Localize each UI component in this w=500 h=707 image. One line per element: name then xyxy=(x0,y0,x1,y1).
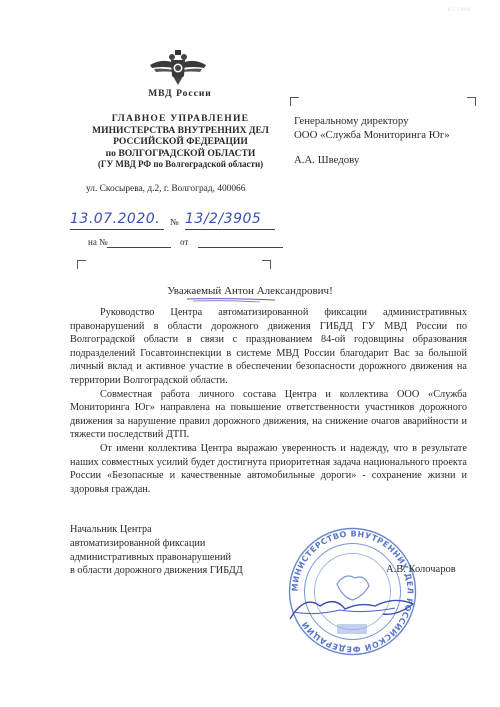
body-paragraph: Руководство Центра автоматизированной фи… xyxy=(70,306,467,388)
stamp-text: МИНИСТЕРСТВО ВНУТРЕННИХ ДЕЛ РОССИЙСКОЙ Ф… xyxy=(290,529,414,654)
sender-address: ул. Скосырева, д.2, г. Волгоград, 400066 xyxy=(86,184,245,194)
position-line: автоматизированной фиксации xyxy=(70,537,243,551)
reply-number-label: на № xyxy=(88,237,108,247)
position-line: в области дорожного движения ГИБДД xyxy=(70,564,243,578)
registration-date: 13.07.2020. xyxy=(70,211,164,230)
greeting: Уважаемый Антон Александрович! xyxy=(0,285,500,297)
pen-underline-mark xyxy=(185,297,277,303)
scan-mark: 07.7096 xyxy=(448,8,471,13)
reply-date-label: от xyxy=(180,237,188,247)
letter-body: Руководство Центра автоматизированной фи… xyxy=(70,306,467,496)
body-paragraph: От имени коллектива Центра выражаю увере… xyxy=(70,442,467,496)
signer-name: А.В. Колочаров xyxy=(386,564,456,575)
registration-number: 13/2/3905 xyxy=(185,211,275,230)
reply-number-blank xyxy=(107,247,171,248)
number-label: № xyxy=(170,217,179,227)
mvd-eagle-emblem-icon xyxy=(148,48,208,86)
body-paragraph: Совместная работа личного состава Центра… xyxy=(70,388,467,442)
reply-reference-row: на № от xyxy=(88,237,275,251)
sender-organization: ГЛАВНОЕ УПРАВЛЕНИЕ МИНИСТЕРСТВА ВНУТРЕНН… xyxy=(58,113,303,171)
corner-bracket xyxy=(467,97,476,106)
official-stamp-icon: МИНИСТЕРСТВО ВНУТРЕННИХ ДЕЛ РОССИЙСКОЙ Ф… xyxy=(285,524,420,659)
registration-row: 13.07.2020. № 13/2/3905 xyxy=(70,211,275,231)
org-line: РОССИЙСКОЙ ФЕДЕРАЦИИ xyxy=(58,136,303,148)
position-line: Начальник Центра xyxy=(70,523,243,537)
org-line: (ГУ МВД РФ по Волгоградской области) xyxy=(58,159,303,171)
recipient-block: Генеральному директору ООО «Служба Монит… xyxy=(294,115,450,168)
ministry-short-name: МВД России xyxy=(130,89,230,99)
corner-bracket xyxy=(77,260,86,269)
recipient-company: ООО «Служба Мониторинга Юг» xyxy=(294,129,450,143)
svg-text:МИНИСТЕРСТВО ВНУТРЕННИХ ДЕЛ РО: МИНИСТЕРСТВО ВНУТРЕННИХ ДЕЛ РОССИЙСКОЙ Ф… xyxy=(290,529,414,654)
position-line: административных правонарушений xyxy=(70,551,243,565)
org-line: МИНИСТЕРСТВА ВНУТРЕННИХ ДЕЛ xyxy=(58,125,303,137)
reply-date-blank xyxy=(198,247,283,248)
recipient-title: Генеральному директору xyxy=(294,115,450,129)
org-line: ГЛАВНОЕ УПРАВЛЕНИЕ xyxy=(58,113,303,125)
org-line: по ВОЛГОГРАДСКОЙ ОБЛАСТИ xyxy=(58,148,303,160)
signer-position: Начальник Центра автоматизированной фикс… xyxy=(70,523,243,578)
corner-bracket xyxy=(290,97,299,106)
corner-bracket xyxy=(262,260,271,269)
recipient-name: А.А. Шведову xyxy=(294,154,450,168)
